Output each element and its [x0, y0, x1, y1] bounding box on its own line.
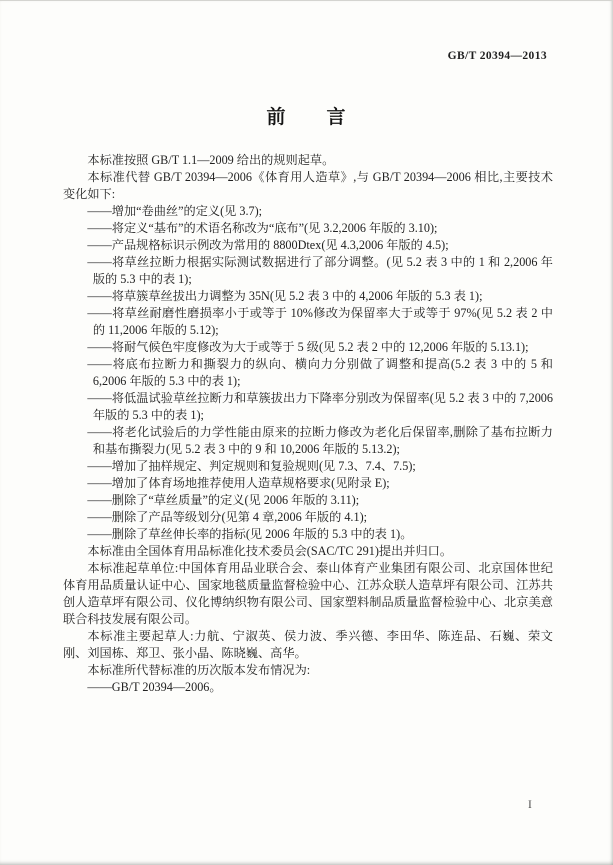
- change-list-item: ——增加了体育场地推荐使用人造草规格要求(见附录 E);: [63, 475, 553, 492]
- document-page: GB/T 20394—2013 前 言 本标准按照 GB/T 1.1—2009 …: [0, 0, 613, 865]
- change-list-item: ——将草丝耐磨性磨损率小于或等于 10%修改为保留率大于或等于 97%(见 5.…: [63, 305, 553, 339]
- foreword-paragraph: 本标准所代替标准的历次版本发布情况为:: [63, 662, 553, 679]
- page-title: 前 言: [0, 102, 613, 129]
- change-list-item: ——将老化试验后的力学性能由原来的拉断力修改为老化后保留率,删除了基布拉断力和基…: [63, 424, 553, 458]
- change-list-item: ——将草丝拉断力根据实际测试数据进行了部分调整。(见 5.2 表 3 中的 1 …: [63, 254, 553, 288]
- foreword-body: 本标准按照 GB/T 1.1—2009 给出的规则起草。 本标准代替 GB/T …: [63, 152, 553, 696]
- foreword-paragraph: 本标准起草单位:中国体育用品业联合会、泰山体育产业集团有限公司、北京国体世纪体育…: [63, 560, 553, 628]
- foreword-paragraph: 本标准主要起草人:力航、宁淑英、侯力波、季兴德、李田华、陈连品、石巍、荣文刚、刘…: [63, 628, 553, 662]
- standard-number: GB/T 20394—2013: [448, 50, 547, 62]
- change-list-item: ——删除了“草丝质量”的定义(见 2006 年版的 3.11);: [63, 492, 553, 509]
- change-list-item: ——将定义“基布”的术语名称改为“底布”(见 3.2,2006 年版的 3.10…: [63, 220, 553, 237]
- foreword-paragraph: 本标准代替 GB/T 20394—2006《体育用人造草》,与 GB/T 203…: [63, 169, 553, 203]
- foreword-paragraph: 本标准按照 GB/T 1.1—2009 给出的规则起草。: [63, 152, 553, 169]
- change-list-item: ——将耐气候色牢度修改为大于或等于 5 级(见 5.2 表 2 中的 12,20…: [63, 339, 553, 356]
- change-list-item: ——删除了草丝伸长率的指标(见 2006 年版的 5.3 中的表 1)。: [63, 526, 553, 543]
- change-list-item: ——删除了产品等级划分(见第 4 章,2006 年版的 4.1);: [63, 509, 553, 526]
- change-list-item: ——增加了抽样规定、判定规则和复验规则(见 7.3、7.4、7.5);: [63, 458, 553, 475]
- change-list-item: ——将草簇草丝拔出力调整为 35N(见 5.2 表 3 中的 4,2006 年版…: [63, 288, 553, 305]
- foreword-paragraph: 本标准由全国体育用品标准化技术委员会(SAC/TC 291)提出并归口。: [63, 543, 553, 560]
- page-number: I: [528, 799, 532, 811]
- change-list-item: ——将低温试验草丝拉断力和草簇拔出力下降率分别改为保留率(见 5.2 表 3 中…: [63, 390, 553, 424]
- change-list-item: ——增加“卷曲丝”的定义(见 3.7);: [63, 203, 553, 220]
- previous-edition-item: ——GB/T 20394—2006。: [63, 679, 553, 696]
- change-list-item: ——将底布拉断力和撕裂力的纵向、横向力分别做了调整和提高(5.2 表 3 中的 …: [63, 356, 553, 390]
- change-list-item: ——产品规格标识示例改为常用的 8800Dtex(见 4.3,2006 年版的 …: [63, 237, 553, 254]
